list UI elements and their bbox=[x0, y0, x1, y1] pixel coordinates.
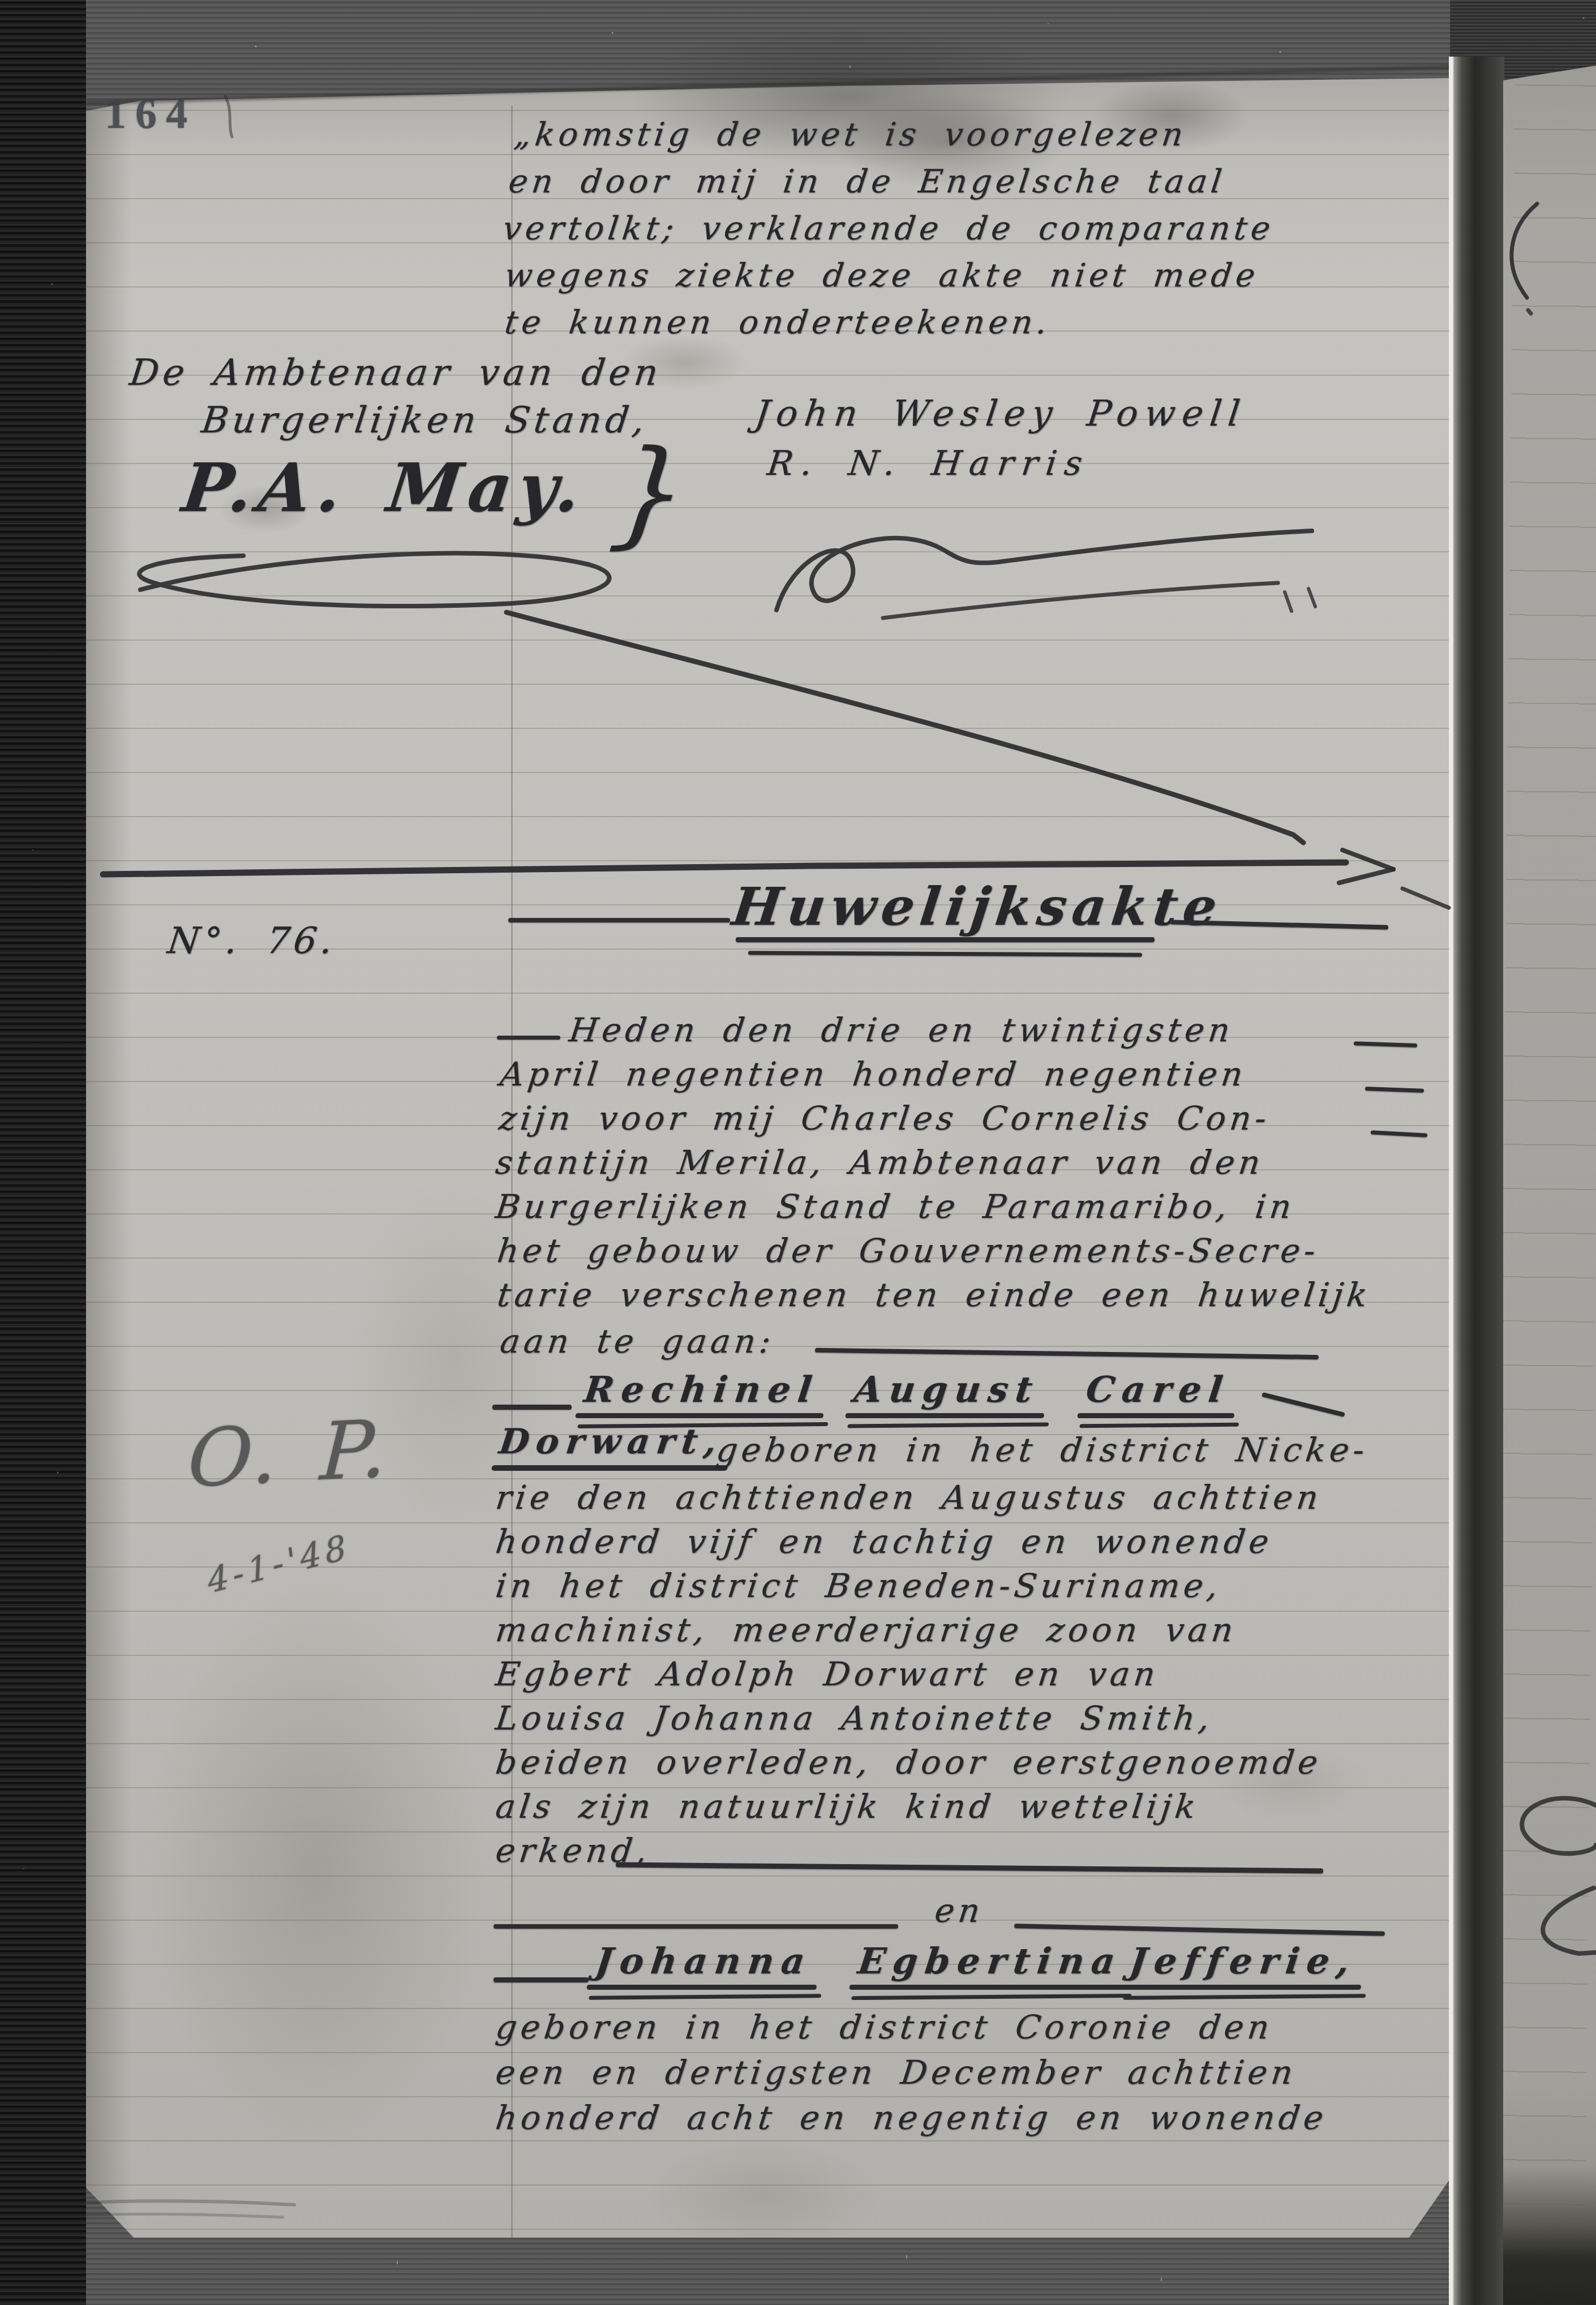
groom-given-name-2: August bbox=[852, 1368, 1042, 1410]
next-page-ruled-lines bbox=[1492, 84, 1596, 2238]
officiant-signature: P.A. May. bbox=[178, 448, 591, 527]
page-number-stamp: 164 bbox=[105, 89, 196, 139]
groom-detail-line-4: machinist, meerderjarige zoon van bbox=[494, 1611, 1239, 1649]
bride-name-3: Jefferie, bbox=[1127, 1940, 1359, 1982]
film-band-left bbox=[0, 0, 86, 2305]
act-intro-line-1: Heden den drie en twintigsten bbox=[567, 1011, 1236, 1049]
groom-detail-line-8: als zijn natuurlijk kind wettelijk bbox=[494, 1787, 1202, 1826]
marriage-act-heading: Huwelijksakte bbox=[729, 876, 1226, 937]
prev-act-line-1: „komstig de wet is voorgelezen bbox=[512, 116, 1189, 153]
groom-detail-line-2: honderd vijf en tachtig en wonende bbox=[494, 1522, 1275, 1561]
next-page-sliver bbox=[1503, 0, 1596, 2305]
groom-given-name-3: Carel bbox=[1084, 1368, 1232, 1410]
groom-surname: Dorwart, bbox=[497, 1422, 726, 1462]
groom-detail-line-1: rie den achttienden Augustus achttien bbox=[494, 1478, 1324, 1517]
prev-act-line-4: wegens ziekte deze akte niet mede bbox=[503, 257, 1261, 294]
bride-detail-line-2: een en dertigsten December achttien bbox=[494, 2053, 1299, 2092]
intro-lead-dash bbox=[497, 1036, 560, 1040]
bride-detail-line-3: honderd acht en negentig en wonende bbox=[494, 2098, 1329, 2137]
bride-names-lead-rule bbox=[494, 1977, 589, 1982]
act-intro-line-8: aan te gaan: bbox=[498, 1322, 777, 1360]
act-intro-line-3: zijn voor mij Charles Cornelis Con- bbox=[497, 1099, 1272, 1138]
groom-names-lead-rule bbox=[492, 1405, 572, 1410]
officiant-title-line-1: De Ambtenaar van den bbox=[127, 352, 664, 394]
groom-detail-line-6: Louisa Johanna Antoinette Smith, bbox=[494, 1699, 1216, 1737]
act-intro-line-7: tarie verschenen ten einde een huwelijk bbox=[495, 1276, 1373, 1314]
prev-act-line-2: en door mij in de Engelsche taal bbox=[507, 163, 1228, 200]
scanned-register-photo: 164 „komstig de wet is voorgelezen en do… bbox=[0, 0, 1596, 2305]
groom-line-after-surname: geboren in het district Nicke- bbox=[714, 1431, 1371, 1469]
groom-detail-line-5: Egbert Adolph Dorwart en van bbox=[494, 1655, 1161, 1693]
conjunction-left-rule bbox=[494, 1924, 898, 1929]
prev-act-line-5: te kunnen onderteekenen. bbox=[503, 304, 1053, 341]
groom-detail-line-7: beiden overleden, door eerstgenoemde bbox=[494, 1743, 1324, 1782]
bride-detail-line-1: geboren in het district Coronie den bbox=[494, 2008, 1275, 2046]
act-number: N°. 76. bbox=[165, 920, 339, 962]
signature-brace: } bbox=[604, 426, 699, 560]
bride-name-2: Egbertina bbox=[856, 1940, 1125, 1982]
page-left-shadow bbox=[86, 61, 131, 2238]
act-intro-line-4: stantijn Merila, Ambtenaar van den bbox=[494, 1143, 1266, 1182]
bride-name-1: Johanna bbox=[593, 1940, 814, 1982]
conjunction-en: en bbox=[933, 1891, 986, 1930]
registration-stamp-op: O. P. bbox=[186, 1403, 393, 1506]
page-gutter bbox=[1449, 57, 1504, 2305]
witness-signature-2: R. N. Harris bbox=[765, 444, 1092, 483]
groom-detail-line-3: in het district Beneden-Suriname, bbox=[494, 1566, 1224, 1605]
act-intro-line-6: het gebouw der Gouvernements-Secre- bbox=[495, 1231, 1322, 1270]
heading-left-filler-rule bbox=[508, 918, 730, 922]
heading-underline-1 bbox=[736, 937, 1155, 942]
act-intro-line-5: Burgerlijken Stand te Paramaribo, in bbox=[494, 1187, 1297, 1226]
groom-given-name-1: Rechinel bbox=[582, 1368, 821, 1410]
act-intro-line-2: April negentien honderd negentien bbox=[498, 1055, 1249, 1093]
officiant-title-line-2: Burgerlijken Stand, bbox=[199, 400, 651, 441]
prev-act-line-3: vertolkt; verklarende de comparante bbox=[501, 210, 1276, 247]
witness-signature-1: John Wesley Powell bbox=[753, 393, 1249, 434]
